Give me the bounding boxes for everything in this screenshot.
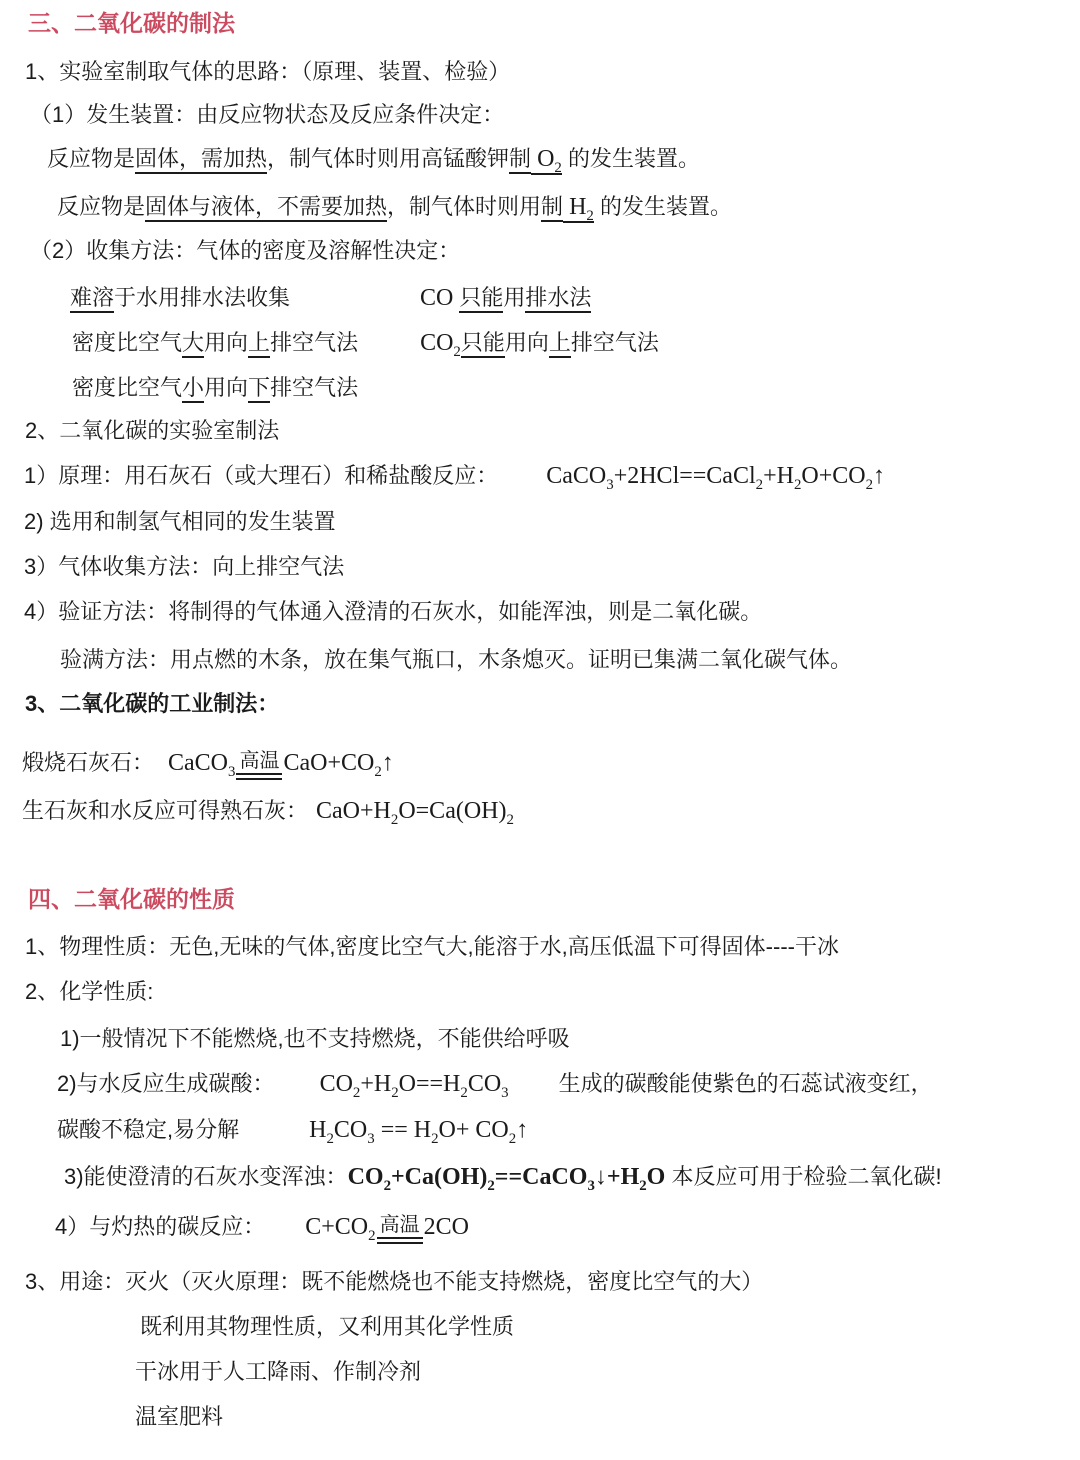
text-segment: 3)能使澄清的石灰水变浑浊： [64,1164,348,1189]
text-segment: 下 [248,375,270,403]
line-generator-device: （1）发生装置：由反应物状态及反应条件决定： [30,100,504,130]
text-segment: 于水用排水法收集 [114,285,290,310]
text-segment: 难溶 [70,285,114,313]
spacer [239,1136,309,1137]
text-segment: 四、二氧化碳的性质 [28,886,235,912]
line-solid-heated: 反应物是固体，需加热，制气体时则用高锰酸钾制 O2 的发生装置。 [47,144,700,174]
text-segment: （2）收集方法：气体的密度及溶解性决定： [30,238,460,263]
line-chemical: 2、化学性质: [25,977,153,1007]
line-calcine: 煅烧石灰石：CaCO3高温CaO+CO2↑ [22,748,394,780]
text-segment: 制 [541,194,563,222]
text-segment: 既利用其物理性质，又利用其化学性质 [140,1314,514,1339]
text-segment: 1、物理性质：无色,无味的气体,密度比空气大,能溶于水,高压低温下可得固体---… [25,934,839,959]
text-segment: 1）原理：用石灰石（或大理石）和稀盐酸反应： [24,463,498,488]
line-denser-up: 密度比空气大用向上排空气法CO2只能用向上排空气法 [72,328,659,358]
line-lab-method-title: 2、二氧化碳的实验室制法 [25,416,279,446]
text-segment: 温室肥料 [135,1404,223,1429]
text-segment: ，制气体时则用高锰酸钾 [267,146,509,171]
chemical-formula: CO2+Ca(OH)2==CaCO3↓+H2O [348,1164,666,1190]
chemical-formula: CaCO3+2HCl==CaCl2+H2O+CO2↑ [546,463,885,489]
text-segment: 碳酸不稳定,易分解 [57,1117,239,1142]
text-segment: 生石灰和水反应可得熟石灰： [22,798,308,823]
text-segment: 2) 选用和制氢气相同的发生装置 [24,509,336,534]
text-segment: 生成的碳酸能使紫色的石蕊试液变红， [559,1071,933,1096]
text-segment: （1）发生装置：由反应物状态及反应条件决定： [30,102,504,127]
line-lab-gas-idea: 1、实验室制取气体的思路：（原理、装置、检验） [25,57,510,87]
text-segment: 排水法 [525,285,591,313]
line-uses-both: 既利用其物理性质，又利用其化学性质 [140,1312,514,1342]
text-segment: 只能 [459,285,503,313]
line-same-device: 2) 选用和制氢气相同的发生装置 [24,507,336,537]
spacer [498,482,546,483]
text-segment: 1)一般情况下不能燃烧,也不支持燃烧，不能供给呼吸 [60,1026,570,1051]
line-water-collect: 难溶于水用排水法收集CO 只能用排水法 [70,283,591,313]
line-acid-unstable: 碳酸不稳定,易分解H2CO3 == H2O+ CO2↑ [57,1115,528,1145]
chemical-formula: CaO+H2O=Ca(OH)2 [316,798,514,824]
chemical-formula: O2 [531,146,562,175]
line-lighter-down: 密度比空气小用向下排空气法 [72,373,358,403]
text-segment: 4）与灼热的碳反应： [55,1214,265,1239]
line-collection-method: （2）收集方法：气体的密度及溶解性决定： [30,236,460,266]
spacer [275,1090,320,1091]
spacer [509,1090,559,1091]
text-segment: 4）验证方法：将制得的气体通入澄清的石灰水，如能浑浊，则是二氧化碳。 [24,599,762,624]
chemical-formula: CO [420,285,459,311]
line-limewater: 3)能使澄清的石灰水变浑浊：CO2+Ca(OH)2==CaCO3↓+H2O 本反… [64,1162,942,1192]
text-segment: 反应物是 [47,146,135,171]
chemical-formula: H2 [563,194,594,223]
text-segment: 煅烧石灰石： [22,750,154,775]
text-segment: 固体，需加热 [135,146,267,174]
line-hot-carbon: 4）与灼热的碳反应：C+CO2高温2CO [55,1212,469,1244]
document-page: { "page": { "background": "#ffffff", "te… [0,0,1080,1460]
line-industrial-title: 3、二氧化碳的工业制法： [25,689,279,719]
text-segment: 3、用途：灭火（灭火原理：既不能燃烧也不能支持燃烧，密度比空气的大） [25,1269,763,1294]
text-segment: 3、二氧化碳的工业制法： [25,691,279,716]
spacer [154,769,168,770]
line-physical: 1、物理性质：无色,无味的气体,密度比空气大,能溶于水,高压低温下可得固体---… [25,932,839,962]
line-uses: 3、用途：灭火（灭火原理：既不能燃烧也不能支持燃烧，密度比空气的大） [25,1267,763,1297]
reaction-condition-label: 高温 [236,751,282,780]
line-full-test: 验满方法：用点燃的木条，放在集气瓶口，木条熄灭。证明已集满二氧化碳气体。 [60,645,852,675]
chemical-formula: CO2 [420,330,461,356]
text-segment: 上 [549,330,571,358]
spacer [290,304,420,305]
chemical-formula: CaO+CO2↑ [283,750,393,776]
text-segment: 排空气法 [571,330,659,355]
line-greenhouse: 温室肥料 [135,1402,223,1432]
text-segment: 干冰用于人工降雨、作制冷剂 [135,1359,421,1384]
line-principle: 1）原理：用石灰石（或大理石）和稀盐酸反应：CaCO3+2HCl==CaCl2+… [24,461,885,491]
text-segment: 密度比空气 [72,375,182,400]
chemical-formula: CaCO3 [168,750,235,776]
text-segment: 排空气法 [270,330,358,355]
text-segment: 三、二氧化碳的制法 [28,10,235,36]
text-segment: 1、实验室制取气体的思路：（原理、装置、检验） [25,59,510,84]
text-segment: 的发生装置。 [594,194,732,219]
line-quicklime-water: 生石灰和水反应可得熟石灰：CaO+H2O=Ca(OH)2 [22,796,514,826]
text-segment: ，制气体时则用 [387,194,541,219]
line-dry-ice: 干冰用于人工降雨、作制冷剂 [135,1357,421,1387]
text-segment: 固体与液体，不需要加热 [145,194,387,222]
text-segment: 用向 [505,330,549,355]
text-segment: 用 [503,285,525,310]
text-segment: 上 [248,330,270,358]
text-segment: 密度比空气 [72,330,182,355]
reaction-condition-label: 高温 [377,1215,423,1244]
text-segment: 用向 [204,330,248,355]
text-segment: 2、化学性质: [25,979,153,1004]
text-segment: 2、二氧化碳的实验室制法 [25,418,279,443]
text-segment: 大 [182,330,204,358]
section-heading-4: 四、二氧化碳的性质 [28,884,235,914]
text-segment: 制 [509,146,531,174]
line-solid-liquid-noheat: 反应物是固体与液体，不需要加热，制气体时则用制 H2 的发生装置。 [57,192,732,222]
spacer [308,817,316,818]
section-heading-3: 三、二氧化碳的制法 [28,8,235,38]
text-segment: 只能 [461,330,505,358]
text-segment: 2)与水反应生成碳酸： [57,1071,275,1096]
text-segment: 排空气法 [270,375,358,400]
chemical-formula: 2CO [424,1214,469,1240]
text-segment: 用向 [204,375,248,400]
spacer [265,1233,305,1234]
text-segment: 小 [182,375,204,403]
text-segment: 3）气体收集方法：向上排空气法 [24,554,344,579]
text-segment: 的发生装置。 [562,146,700,171]
chemical-formula: C+CO2 [305,1214,375,1240]
line-no-burn: 1)一般情况下不能燃烧,也不支持燃烧，不能供给呼吸 [60,1024,570,1054]
text-segment: 反应物是 [57,194,145,219]
line-verify: 4）验证方法：将制得的气体通入澄清的石灰水，如能浑浊，则是二氧化碳。 [24,597,762,627]
chemical-formula: CO2+H2O==H2CO3 [320,1071,509,1097]
chemical-formula: H2CO3 == H2O+ CO2↑ [309,1117,528,1143]
line-gas-collect: 3）气体收集方法：向上排空气法 [24,552,344,582]
text-segment: 本反应可用于检验二氧化碳! [665,1164,941,1189]
line-react-water: 2)与水反应生成碳酸：CO2+H2O==H2CO3生成的碳酸能使紫色的石蕊试液变… [57,1069,933,1099]
text-segment: 验满方法：用点燃的木条，放在集气瓶口，木条熄灭。证明已集满二氧化碳气体。 [60,647,852,672]
spacer [358,349,420,350]
